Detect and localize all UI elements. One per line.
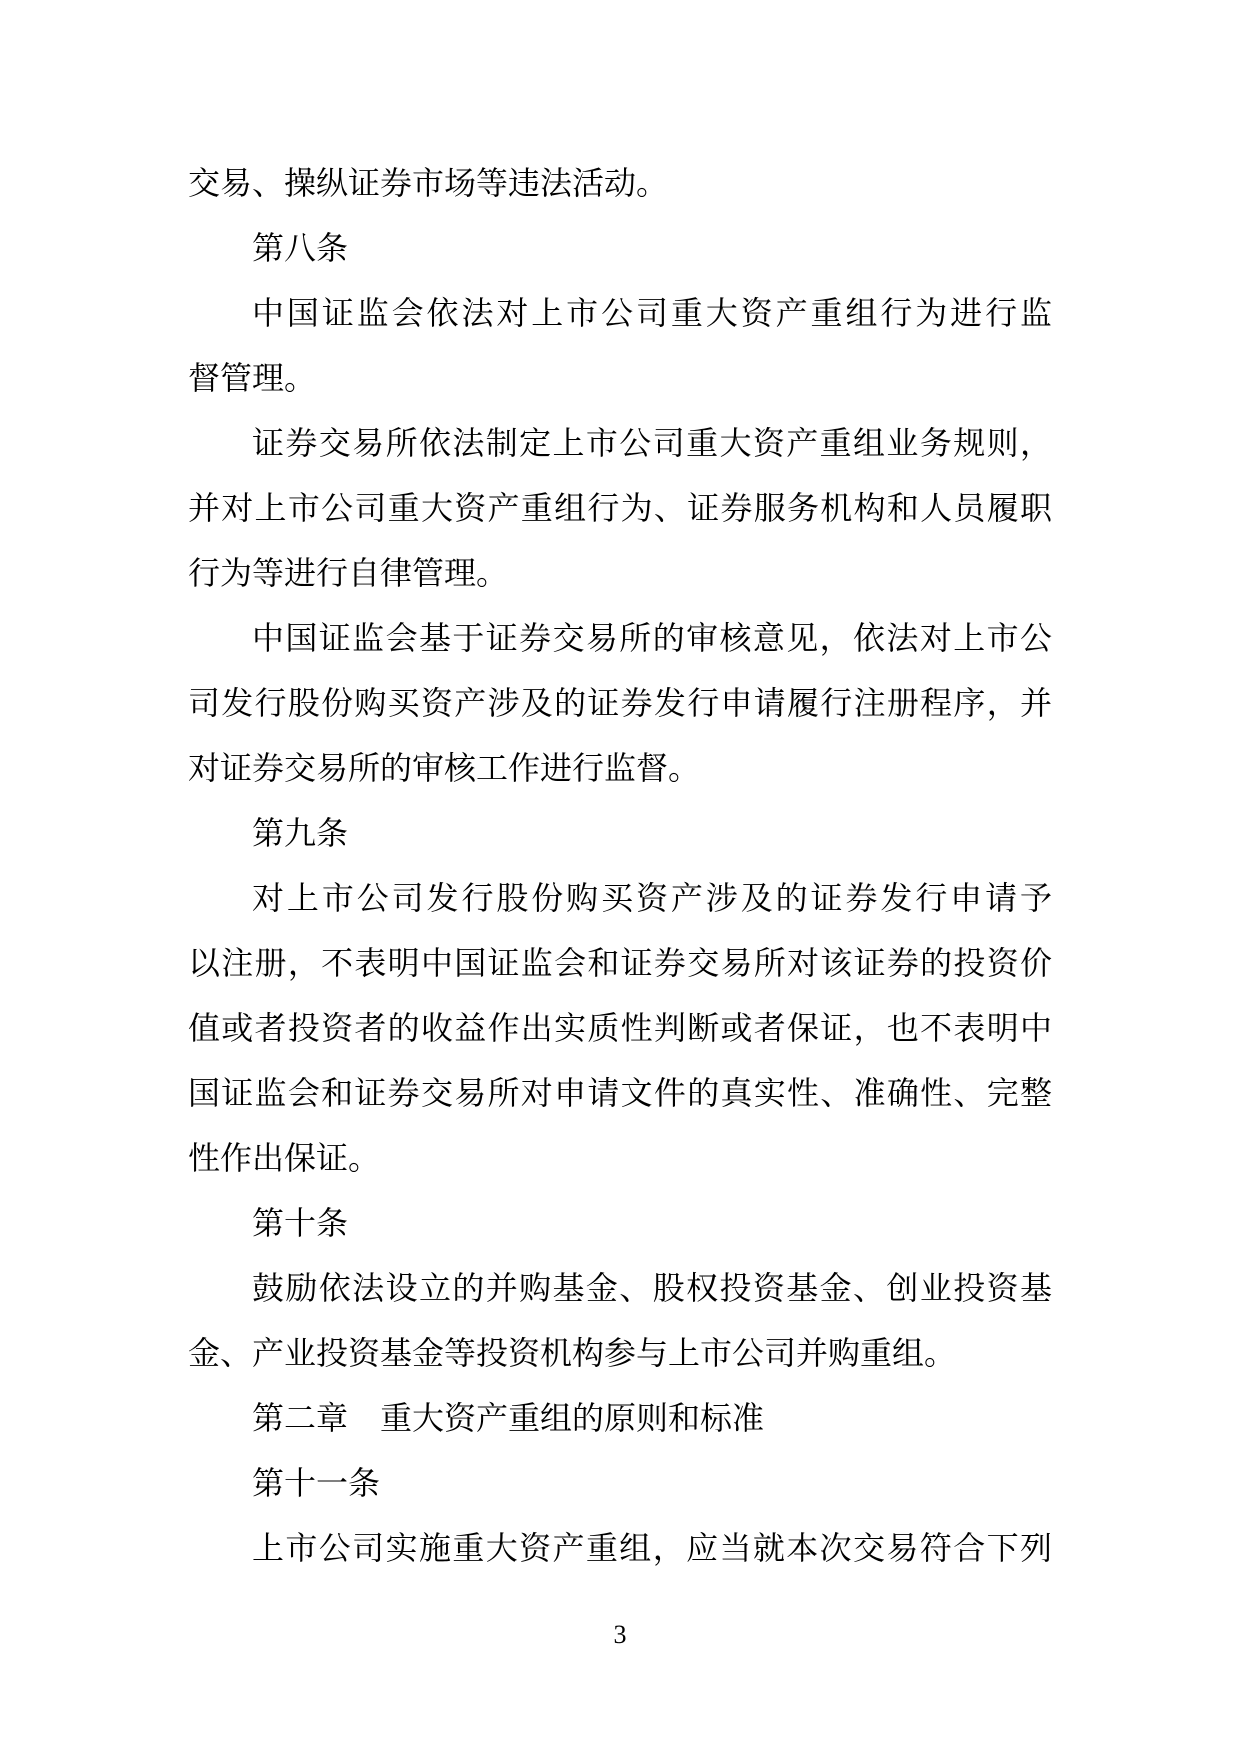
text-line: 交易、操纵证券市场等违法活动。 <box>188 151 1052 216</box>
text-line: 第八条 <box>188 216 1052 281</box>
page-number: 3 <box>614 1620 627 1650</box>
text-line: 国证监会和证券交易所对申请文件的真实性、准确性、完整 <box>188 1061 1052 1126</box>
text-line: 第二章 重大资产重组的原则和标准 <box>188 1386 1052 1451</box>
page-footer: 3 <box>0 1620 1240 1650</box>
text-line: 第九条 <box>188 801 1052 866</box>
text-line: 中国证监会依法对上市公司重大资产重组行为进行监 <box>188 281 1052 346</box>
text-line: 司发行股份购买资产涉及的证券发行申请履行注册程序，并 <box>188 671 1052 736</box>
document-page: 交易、操纵证券市场等违法活动。第八条中国证监会依法对上市公司重大资产重组行为进行… <box>0 0 1240 1754</box>
text-line: 督管理。 <box>188 346 1052 411</box>
text-line: 值或者投资者的收益作出实质性判断或者保证，也不表明中 <box>188 996 1052 1061</box>
document-body: 交易、操纵证券市场等违法活动。第八条中国证监会依法对上市公司重大资产重组行为进行… <box>188 151 1052 1581</box>
text-line: 性作出保证。 <box>188 1126 1052 1191</box>
text-line: 金、产业投资基金等投资机构参与上市公司并购重组。 <box>188 1321 1052 1386</box>
text-line: 上市公司实施重大资产重组，应当就本次交易符合下列 <box>188 1516 1052 1581</box>
text-line: 对上市公司发行股份购买资产涉及的证券发行申请予 <box>188 866 1052 931</box>
text-line: 以注册，不表明中国证监会和证券交易所对该证券的投资价 <box>188 931 1052 996</box>
text-line: 行为等进行自律管理。 <box>188 541 1052 606</box>
text-line: 第十条 <box>188 1191 1052 1256</box>
text-line: 并对上市公司重大资产重组行为、证券服务机构和人员履职 <box>188 476 1052 541</box>
text-line: 中国证监会基于证券交易所的审核意见，依法对上市公 <box>188 606 1052 671</box>
text-line: 对证券交易所的审核工作进行监督。 <box>188 736 1052 801</box>
text-line: 鼓励依法设立的并购基金、股权投资基金、创业投资基 <box>188 1256 1052 1321</box>
text-line: 第十一条 <box>188 1451 1052 1516</box>
text-line: 证券交易所依法制定上市公司重大资产重组业务规则， <box>188 411 1052 476</box>
